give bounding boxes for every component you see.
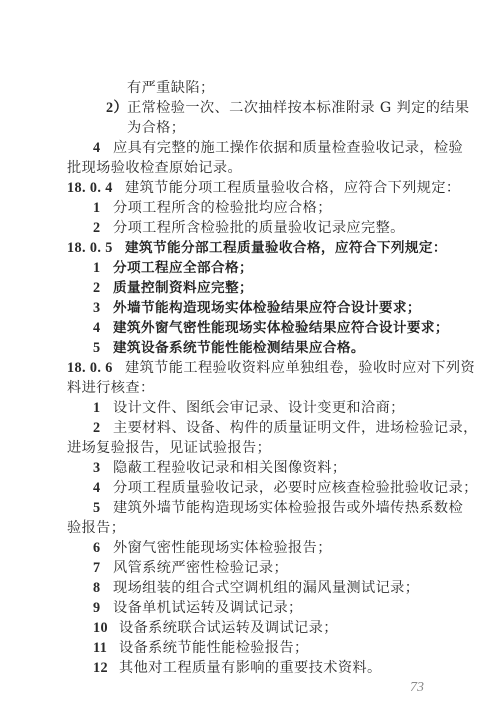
list-item: 5建筑外墙节能构造现场实体检验报告或外墙传热系数检 xyxy=(93,498,463,518)
item-number: 2 xyxy=(93,418,113,438)
item-number: 5 xyxy=(93,498,113,518)
list-item: 11设备系统节能性能检验报告； xyxy=(93,638,309,658)
item-number: 4 xyxy=(93,478,113,498)
item-text: 设备单机试运转及调试记录； xyxy=(113,600,303,616)
item-text: 风管系统严密性检验记录； xyxy=(113,560,288,576)
item-number: 1 xyxy=(93,258,113,278)
item-text: 设备系统节能性能检验报告； xyxy=(119,640,309,656)
item-number: 3 xyxy=(93,458,113,478)
item-number: 2 xyxy=(93,218,113,238)
item-text: 分项工程所含的检验批均应合格； xyxy=(113,200,332,216)
page-number: 73 xyxy=(410,680,424,696)
item-text: 设计文件、图纸会审记录、设计变更和洽商； xyxy=(113,400,405,416)
item-text: 现场组装的组合式空调机组的漏风量测试记录； xyxy=(113,580,419,596)
text-line: 验报告； xyxy=(67,518,125,538)
item-number: 8 xyxy=(93,578,113,598)
list-item: 5建筑设备系统节能性能检测结果应合格。 xyxy=(93,338,365,358)
list-item: 4建筑外窗气密性能现场实体检验结果应符合设计要求； xyxy=(93,318,449,338)
item-text: 主要材料、设备、构件的质量证明文件，进场检验记录， xyxy=(113,420,478,436)
list-item: 1分项工程应全部合格； xyxy=(93,258,253,278)
item-number: 4 xyxy=(93,138,113,158)
list-item: 4应具有完整的施工操作依据和质量检查验收记录，检验 xyxy=(93,138,463,158)
list-item: 8现场组装的组合式空调机组的漏风量测试记录； xyxy=(93,578,419,598)
clause-heading: 18. 0. 5建筑节能分部工程质量验收合格，应符合下列规定： xyxy=(67,238,447,258)
item-text: 设备系统联合试运转及调试记录； xyxy=(119,620,338,636)
list-item: 4分项工程质量验收记录，必要时应核查检验批验收记录； xyxy=(93,478,478,498)
item-text: 建筑设备系统节能性能检测结果应合格。 xyxy=(113,340,365,356)
list-item: 3隐蔽工程验收记录和相关图像资料； xyxy=(93,458,346,478)
item-number: 2 xyxy=(93,278,113,298)
sub-item-number: 2） xyxy=(106,98,127,118)
text-line: 批现场验收检查原始记录。 xyxy=(67,158,242,178)
item-number: 10 xyxy=(93,618,119,638)
item-number: 5 xyxy=(93,338,113,358)
paragraph-text: 批现场验收检查原始记录。 xyxy=(67,160,242,176)
list-item: 2质量控制资料应完整； xyxy=(93,278,253,298)
item-text: 应具有完整的施工操作依据和质量检查验收记录，检验 xyxy=(113,140,463,156)
item-number: 6 xyxy=(93,538,113,558)
text-line: 进场复验报告，见证试验报告； xyxy=(67,438,271,458)
sub-item: 2）正常检验一次、二次抽样按本标准附录 G 判定的结果 xyxy=(106,98,469,118)
list-item: 12其他对工程质量有影响的重要技术资料。 xyxy=(93,658,382,678)
item-number: 11 xyxy=(93,638,119,658)
list-item: 3外墙节能构造现场实体检验结果应符合设计要求； xyxy=(93,298,421,318)
list-item: 7风管系统严密性检验记录； xyxy=(93,558,288,578)
clause-number: 18. 0. 4 xyxy=(67,178,125,198)
item-text-continued: 进场复验报告，见证试验报告； xyxy=(67,440,271,456)
item-number: 3 xyxy=(93,298,113,318)
item-number: 1 xyxy=(93,398,113,418)
text-line: 为合格； xyxy=(127,118,185,138)
item-text: 其他对工程质量有影响的重要技术资料。 xyxy=(119,660,382,676)
list-item: 1分项工程所含的检验批均应合格； xyxy=(93,198,332,218)
clause-title: 建筑节能分部工程质量验收合格，应符合下列规定： xyxy=(125,240,447,256)
item-number: 1 xyxy=(93,198,113,218)
list-item: 2分项工程所含检验批的质量验收记录应完整。 xyxy=(93,218,405,238)
item-number: 7 xyxy=(93,558,113,578)
text-line: 料进行核查： xyxy=(67,378,155,398)
item-text-continued: 验报告； xyxy=(67,520,125,536)
list-item: 10设备系统联合试运转及调试记录； xyxy=(93,618,338,638)
clause-title: 建筑节能工程验收资料应单独组卷，验收时应对下列资 xyxy=(125,360,475,376)
item-number: 9 xyxy=(93,598,113,618)
sub-item-text: 正常检验一次、二次抽样按本标准附录 G 判定的结果 xyxy=(127,100,469,116)
item-text: 外墙节能构造现场实体检验结果应符合设计要求； xyxy=(113,300,421,316)
item-text: 分项工程所含检验批的质量验收记录应完整。 xyxy=(113,220,405,236)
list-item: 6外窗气密性能现场实体检验报告； xyxy=(93,538,332,558)
item-text: 隐蔽工程验收记录和相关图像资料； xyxy=(113,460,346,476)
text-line: 有严重缺陷； xyxy=(127,78,215,98)
clause-title: 建筑节能分项工程质量验收合格，应符合下列规定： xyxy=(125,180,461,196)
document-page: 有严重缺陷； 2）正常检验一次、二次抽样按本标准附录 G 判定的结果 为合格； … xyxy=(0,0,500,724)
clause-heading: 18. 0. 4建筑节能分项工程质量验收合格，应符合下列规定： xyxy=(67,178,461,198)
paragraph-text: 有严重缺陷； xyxy=(127,80,215,96)
clause-number: 18. 0. 6 xyxy=(67,358,125,378)
clause-number: 18. 0. 5 xyxy=(67,238,125,258)
item-number: 4 xyxy=(93,318,113,338)
clause-title-continued: 料进行核查： xyxy=(67,380,155,396)
item-text: 质量控制资料应完整； xyxy=(113,280,253,296)
item-number: 12 xyxy=(93,658,119,678)
clause-heading: 18. 0. 6建筑节能工程验收资料应单独组卷，验收时应对下列资 xyxy=(67,358,475,378)
item-text: 建筑外窗气密性能现场实体检验结果应符合设计要求； xyxy=(113,320,449,336)
list-item: 1设计文件、图纸会审记录、设计变更和洽商； xyxy=(93,398,405,418)
paragraph-text: 为合格； xyxy=(127,120,185,136)
item-text: 分项工程质量验收记录，必要时应核查检验批验收记录； xyxy=(113,480,478,496)
list-item: 2主要材料、设备、构件的质量证明文件，进场检验记录， xyxy=(93,418,478,438)
item-text: 分项工程应全部合格； xyxy=(113,260,253,276)
item-text: 外窗气密性能现场实体检验报告； xyxy=(113,540,332,556)
item-text: 建筑外墙节能构造现场实体检验报告或外墙传热系数检 xyxy=(113,500,463,516)
list-item: 9设备单机试运转及调试记录； xyxy=(93,598,303,618)
